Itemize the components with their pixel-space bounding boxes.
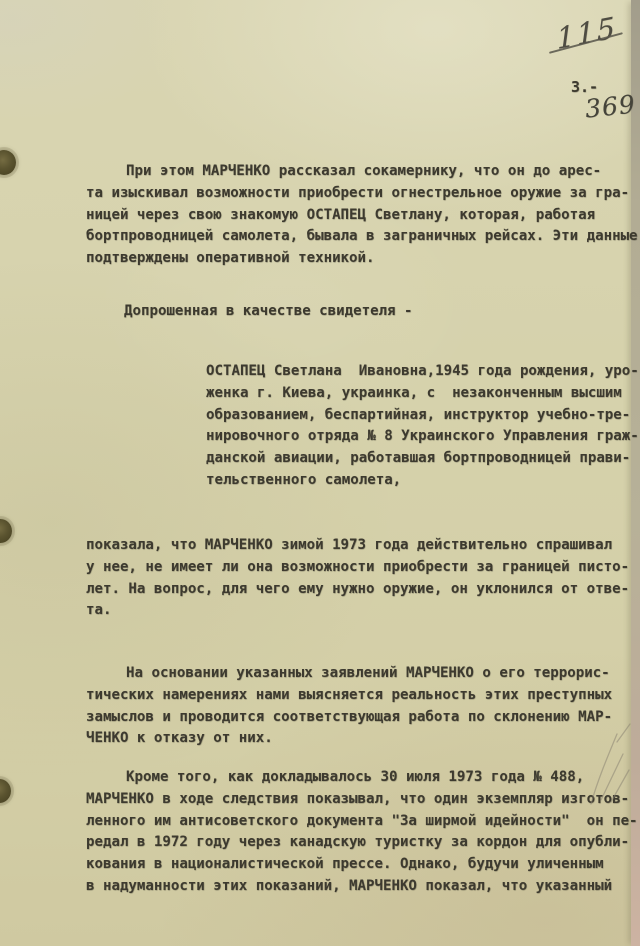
paragraph-measures: На основании указанных заявлений МАРЧЕНК…	[86, 663, 640, 750]
handwritten-folio-number: 369	[584, 89, 637, 123]
witness-intro-line: Допрошенная в качестве свидетеля -	[124, 301, 544, 323]
pencil-scribble-mark	[583, 712, 635, 812]
scanned-document-page: 115 3.- 369 При этом МАРЧЕНКО рассказал …	[0, 0, 640, 946]
paragraph-additional: Кроме того, как докладывалось 30 июля 19…	[86, 767, 640, 898]
hole-punch-bottom	[0, 779, 11, 803]
hole-punch-top	[0, 150, 16, 175]
paragraph-intro: При этом МАРЧЕНКО рассказал сокамернику,…	[86, 161, 640, 270]
witness-description-block: ОСТАПЕЦ Светлана Ивановна,1945 года рожд…	[206, 361, 640, 492]
paragraph-testimony: показала, что МАРЧЕНКО зимой 1973 года д…	[86, 535, 640, 622]
hole-punch-middle	[0, 519, 12, 543]
